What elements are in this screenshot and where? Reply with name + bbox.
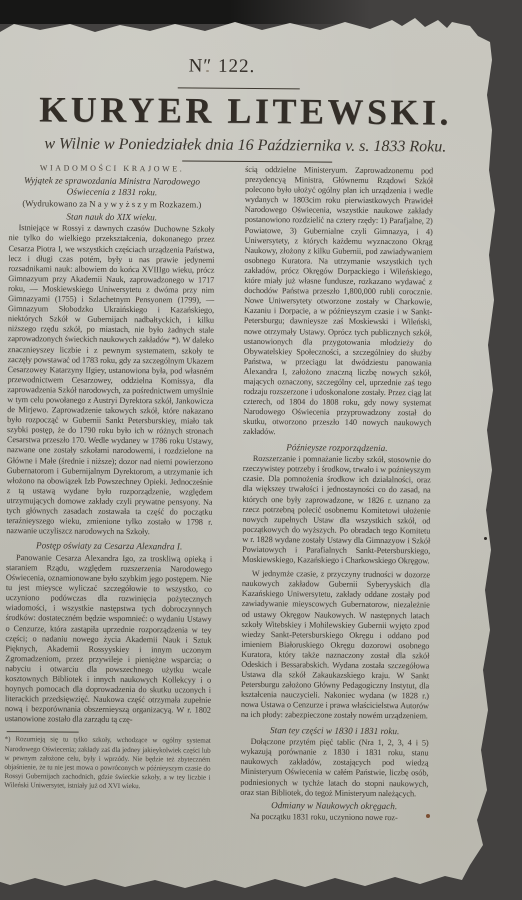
scan-shadow-band [0, 0, 370, 24]
ink-speck [484, 537, 487, 540]
section-heading-domestic-news: WIADOMOŚCI KRAJOWE. [9, 163, 215, 174]
right-column: ścią oddzielne Ministeryum. Zaprowadzone… [240, 165, 433, 824]
subsection-title-progress-alexander: Postęp oświaty za Cesarza Alexandra I. [10, 540, 208, 552]
article-paragraph: W jednymże czasie, z przyczyny trudności… [241, 569, 430, 722]
article-paragraph: Dołączone przytém pięć tablic (Nra 1, 2,… [240, 737, 428, 799]
article-paragraph: Rozszerzanie i pomnażanie liczby szkół, … [242, 454, 431, 567]
subsection-title-state-of-sciences: Stan nauk do XIX wieku. [13, 211, 211, 223]
left-column: WIADOMOŚCI KRAJOWE. Wyjątek ze sprawozda… [4, 163, 215, 792]
masthead-title: KURYER LITEWSKI. [0, 88, 498, 134]
paper-stain-speck [426, 814, 430, 818]
article-paragraph: Panowanie Cesarza Alexandra Igo, za tros… [5, 553, 212, 726]
article-paragraph: ścią oddzielne Ministeryum. Zaprowadzone… [243, 165, 433, 439]
article-subtitle: Wyjątek ze sprawozdania Ministra Narodow… [13, 175, 211, 198]
article-paragraph: Na początku 1831 roku, uczyniono nowe ro… [240, 812, 428, 824]
page-content: N″ 122. KURYER LITEWSKI. w Wilnie w Poni… [0, 16, 498, 894]
scan-background: N″ 122. KURYER LITEWSKI. w Wilnie w Poni… [0, 0, 522, 900]
subsection-title-state-1830-1831: Stan tey części w 1830 i 1831 roku. [245, 725, 425, 737]
subsection-title-later-regulations: Późnieysze rozporządzenia. [247, 441, 427, 453]
newspaper-page: N″ 122. KURYER LITEWSKI. w Wilnie w Poni… [0, 18, 498, 892]
printed-by-order-note: (Wydrukowano za N a y w y ż s z y m Rozk… [13, 198, 211, 210]
subsection-title-district-changes: Odmiany w Naukowych okręgach. [244, 800, 424, 812]
dateline: w Wilnie w Poniedziałek dnia 16 Paździer… [0, 135, 497, 157]
footnote-text: *) Rozumieją się tu tylko szkoły, wchodz… [4, 736, 210, 792]
footnote-rule [7, 732, 79, 734]
dateline-rule [182, 160, 332, 162]
issue-number: N″ 122. [0, 54, 474, 80]
paper-speck [206, 70, 209, 72]
article-paragraph: Istniejące w Rossyi z dawnych czasów Duc… [6, 223, 214, 538]
